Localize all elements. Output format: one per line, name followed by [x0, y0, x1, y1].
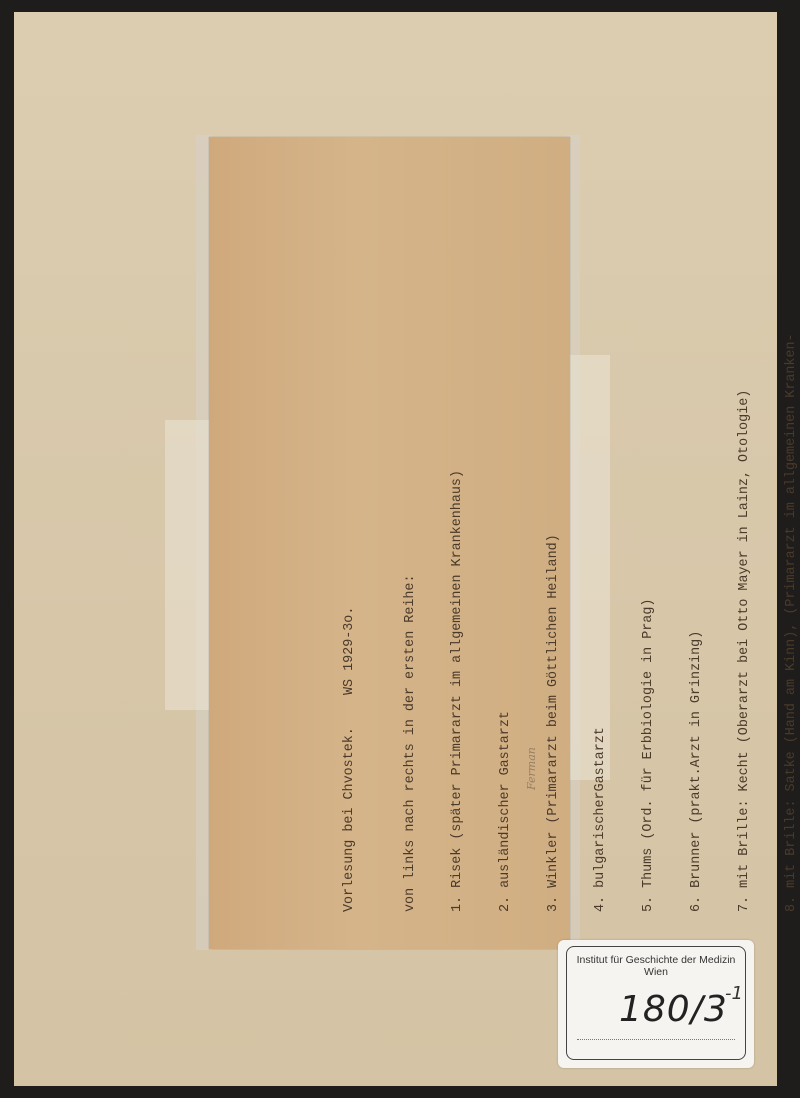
document-semester: WS 1929-3o. — [342, 607, 357, 695]
entry-line: 6. Brunner (prakt.Arzt in Grinzing) — [689, 132, 705, 912]
pencil-annotation: Ferman — [525, 747, 538, 790]
document-heading: Vorlesung bei Chvostek. WS 1929-3o. — [342, 132, 358, 912]
entry-line: 7. mit Brille: Kecht (Oberarzt bei Otto … — [737, 132, 753, 912]
entry-line: 2. ausländischer Gastarzt — [498, 132, 514, 912]
typewritten-text: Vorlesung bei Chvostek. WS 1929-3o. von … — [310, 132, 800, 912]
entry-line: 8. mit Brille: Satke (Hand am Kinn), (Pr… — [784, 132, 800, 912]
institution-name: Institut für Geschichte der Medizin — [567, 954, 745, 966]
entry-line: 1. Risek (später Primararzt im allgemein… — [450, 132, 466, 912]
shelfmark-suffix: -1 — [725, 983, 743, 1004]
label-border: Institut für Geschichte der Medizin Wien… — [566, 946, 746, 1060]
shelfmark: 180/3 — [619, 989, 728, 1030]
intro-line: von links nach rechts in der ersten Reih… — [403, 132, 419, 912]
entry-line: 3. Winkler (Primararzt beim Göttlichen H… — [546, 132, 562, 912]
document-title: Vorlesung bei Chvostek. — [342, 727, 357, 912]
label-institution: Institut für Geschichte der Medizin Wien — [567, 954, 745, 978]
entry-line: 5. Thums (Ord. für Erbbiologie in Prag) — [641, 132, 657, 912]
institution-city: Wien — [567, 966, 745, 978]
dotted-line — [577, 1039, 735, 1040]
archive-label: Institut für Geschichte der Medizin Wien… — [558, 940, 754, 1068]
entry-line: 4. bulgarischerGastarzt — [593, 132, 609, 912]
